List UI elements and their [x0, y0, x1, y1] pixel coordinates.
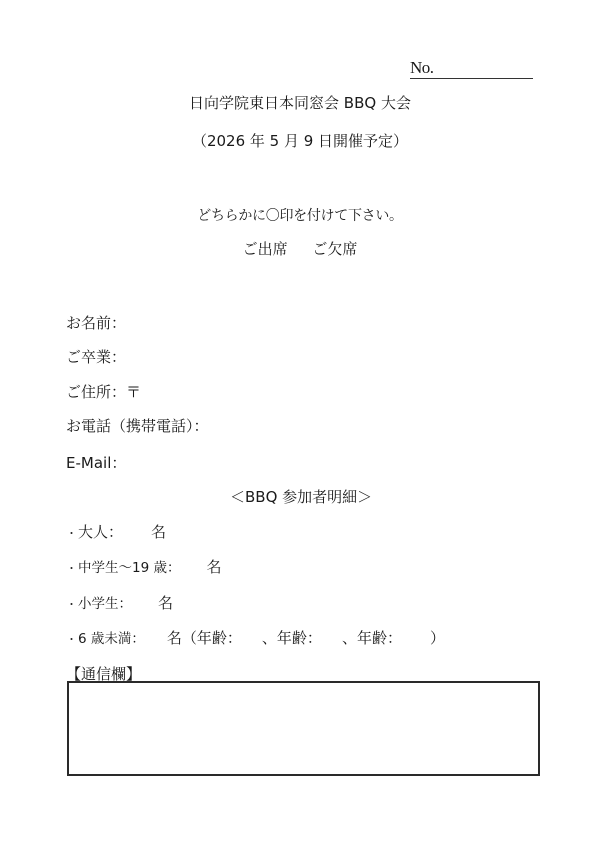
- event-date: （2026 年 5 月 9 日開催予定）: [0, 130, 600, 151]
- option-absent[interactable]: ご欠席: [312, 240, 357, 258]
- address-field[interactable]: ご住所：〒: [66, 381, 141, 402]
- adults-count-field[interactable]: ・大人：名: [66, 521, 166, 542]
- communication-box[interactable]: [67, 681, 540, 776]
- junior-high-count-field[interactable]: ・中学生～19 歳：名: [66, 556, 222, 577]
- bullet-icon: ・: [66, 527, 77, 540]
- age-prefix: （年齢：: [182, 629, 242, 647]
- participants-heading: ＜BBQ 参加者明細＞: [230, 486, 372, 507]
- number-field[interactable]: No.: [410, 58, 533, 79]
- unit-label: 名: [167, 629, 182, 647]
- elementary-count-field[interactable]: ・小学生：名: [66, 592, 173, 613]
- unit-label: 名: [158, 594, 173, 612]
- unit-label: 名: [206, 558, 221, 576]
- option-attend[interactable]: ご出席: [243, 240, 288, 258]
- name-field[interactable]: お名前：: [66, 312, 126, 333]
- email-field[interactable]: E-Mail：: [66, 452, 126, 473]
- number-label: No.: [410, 58, 434, 78]
- row-label: 6 歳未満：: [78, 631, 145, 647]
- age-close: ）: [430, 629, 445, 647]
- bullet-icon: ・: [66, 598, 77, 611]
- row-label: 大人：: [78, 523, 123, 541]
- age-separator: 、年齢：: [262, 629, 322, 647]
- row-label: 中学生～19 歳：: [78, 560, 180, 576]
- attendance-options: ご出席 ご欠席: [0, 238, 600, 259]
- instruction-text: どちらかに〇印を付けて下さい。: [0, 205, 600, 225]
- row-label: 小学生：: [78, 596, 132, 612]
- phone-field[interactable]: お電話（携帯電話）：: [66, 415, 209, 436]
- under-six-count-field[interactable]: ・6 歳未満：名（年齢：、年齢：、年齢：）: [66, 627, 445, 648]
- bullet-icon: ・: [66, 562, 77, 575]
- graduation-field[interactable]: ご卒業：: [66, 346, 126, 367]
- bullet-icon: ・: [66, 633, 77, 646]
- event-title: 日向学院東日本同窓会 BBQ 大会: [0, 92, 600, 113]
- unit-label: 名: [151, 523, 166, 541]
- age-separator: 、年齢：: [342, 629, 402, 647]
